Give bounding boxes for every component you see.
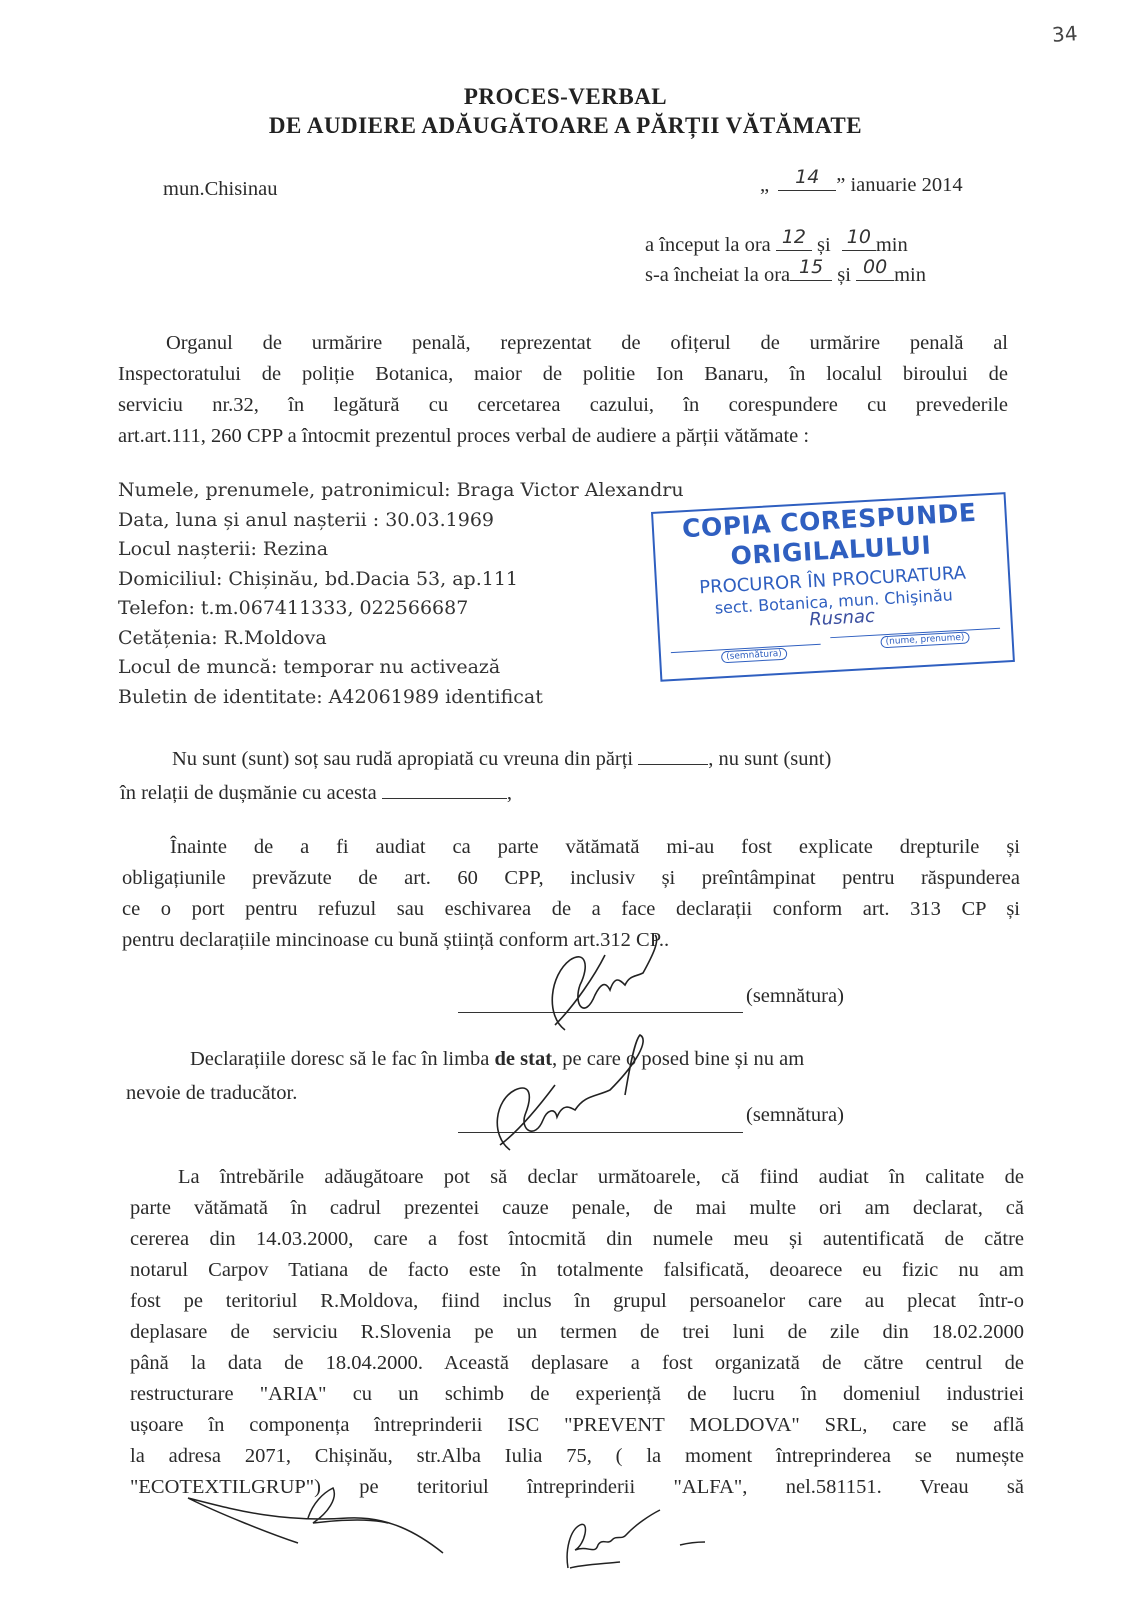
statement-line: fost pe teritoriul R.Moldova, fiind incl… xyxy=(130,1286,1024,1317)
statement-line: La întrebările adăugătoare pot să declar… xyxy=(130,1162,1024,1193)
statement-line: parte vătămată în cadrul prezentei cauze… xyxy=(130,1193,1024,1224)
date-month-year: ianuarie 2014 xyxy=(850,174,962,196)
witness-signature xyxy=(560,1490,720,1575)
time-start-min-field: 10 xyxy=(842,232,876,251)
info-birth-date: Data, luna și anul nașterii : 30.03.1969 xyxy=(118,506,684,536)
time-end-min-field: 00 xyxy=(856,262,894,281)
info-birth-place: Locul nașterii: Rezina xyxy=(118,535,684,565)
signature-caption-2: (semnătura) xyxy=(746,1104,844,1127)
relation-text-2: , nu sunt (sunt) xyxy=(708,748,831,770)
document-subtitle: DE AUDIERE ADĂUGĂTOARE A PĂRȚII VĂTĂMATE xyxy=(0,113,1131,139)
statement-paragraph: La întrebările adăugătoare pot să declar… xyxy=(130,1162,1024,1503)
intro-paragraph: Organul de urmărire penală, reprezentat … xyxy=(118,328,1008,452)
certification-stamp: COPIA CORESPUNDE ORIGILALULUI PROCUROR Î… xyxy=(651,492,1015,682)
statement-line: ușoare în componența întreprinderii ISC … xyxy=(130,1410,1024,1441)
language-text: Declarațiile doresc să le fac în limba xyxy=(190,1048,489,1070)
date-day-field: 14 xyxy=(778,172,836,191)
intro-line: serviciu nr.32, în legătură cu cercetare… xyxy=(118,390,1008,421)
date-open-quote: „ xyxy=(760,174,769,196)
relation-blank-2 xyxy=(382,780,507,799)
document-title: PROCES-VERBAL xyxy=(0,84,1131,110)
time-start-label: a început la ora xyxy=(645,234,771,256)
date-day-handwritten: 14 xyxy=(778,166,836,188)
time-end-min-label: min xyxy=(894,264,926,286)
personal-info: Numele, prenumele, patronimicul: Braga V… xyxy=(118,476,684,712)
time-start-min: 10 xyxy=(842,226,876,248)
time-end: s-a încheiat la ora15 și 00min xyxy=(645,262,926,287)
language-line-2: nevoie de traducător. xyxy=(126,1082,297,1105)
relation-text-4: , xyxy=(507,782,512,804)
date-close-quote: ” xyxy=(836,174,845,196)
page-number: 34 xyxy=(1051,21,1078,47)
relation-text-3: în relații de dușmănie cu acesta xyxy=(120,782,377,804)
info-citizenship: Cetățenia: R.Moldova xyxy=(118,624,684,654)
info-id-card: Buletin de identitate: A42061989 identif… xyxy=(118,683,684,713)
time-start-and: și xyxy=(817,234,831,256)
handwritten-signature-2 xyxy=(485,1035,665,1160)
rights-line: Înainte de a fi audiat ca parte vătămată… xyxy=(122,832,1020,863)
relation-blank-1 xyxy=(638,746,708,765)
time-end-hour-field: 15 xyxy=(790,262,832,281)
time-end-min: 00 xyxy=(856,256,894,278)
statement-line: cererea din 14.03.2000, care a fost înto… xyxy=(130,1224,1024,1255)
stamp-signature: Rusnac xyxy=(809,606,876,631)
time-start-hour: 12 xyxy=(776,226,812,248)
info-workplace: Locul de muncă: temporar nu activează xyxy=(118,653,684,683)
document-date: „ 14” ianuarie 2014 xyxy=(760,172,963,197)
intro-line: Inspectoratului de poliție Botanica, mai… xyxy=(118,359,1008,390)
intro-line: Organul de urmărire penală, reprezentat … xyxy=(118,328,1008,359)
time-start-min-label: min xyxy=(876,234,908,256)
rights-line: ce o port pentru refuzul sau eschivarea … xyxy=(122,894,1020,925)
info-full-name: Numele, prenumele, patronimicul: Braga V… xyxy=(118,476,684,506)
signature-caption-1: (semnătura) xyxy=(746,985,844,1008)
time-start-hour-field: 12 xyxy=(776,232,812,251)
relation-line-2: în relații de dușmănie cu acesta , xyxy=(120,780,512,805)
stamp-signature-caption: (semnătura) xyxy=(721,648,787,664)
location: mun.Chisinau xyxy=(163,178,277,201)
statement-line: restructurare "ARIA" cu un schimb de exp… xyxy=(130,1379,1024,1410)
time-end-hour: 15 xyxy=(790,256,832,278)
relation-line-1: Nu sunt (sunt) soț sau rudă apropiată cu… xyxy=(172,746,831,771)
time-end-label: s-a încheiat la ora xyxy=(645,264,790,286)
relation-text-1: Nu sunt (sunt) soț sau rudă apropiată cu… xyxy=(172,748,633,770)
statement-line: la adresa 2071, Chișinău, str.Alba Iulia… xyxy=(130,1441,1024,1472)
info-phone: Telefon: t.m.067411333, 022566687 xyxy=(118,594,684,624)
time-start: a început la ora 12 și 10min xyxy=(645,232,908,257)
intro-line: art.art.111, 260 CPP a întocmit prezentu… xyxy=(118,421,1008,452)
time-end-and: și xyxy=(837,264,851,286)
info-address: Domiciliul: Chișinău, bd.Dacia 53, ap.11… xyxy=(118,565,684,595)
statement-line: deplasare de serviciu R.Slovenia pe un t… xyxy=(130,1317,1024,1348)
officer-signature xyxy=(188,1478,458,1563)
rights-line: obligațiunile prevăzute de art. 60 CPP, … xyxy=(122,863,1020,894)
statement-line: notarul Carpov Tatiana de facto este în … xyxy=(130,1255,1024,1286)
handwritten-signature-1 xyxy=(535,935,675,1040)
statement-line: până la data de 18.04.2000. Această depl… xyxy=(130,1348,1024,1379)
